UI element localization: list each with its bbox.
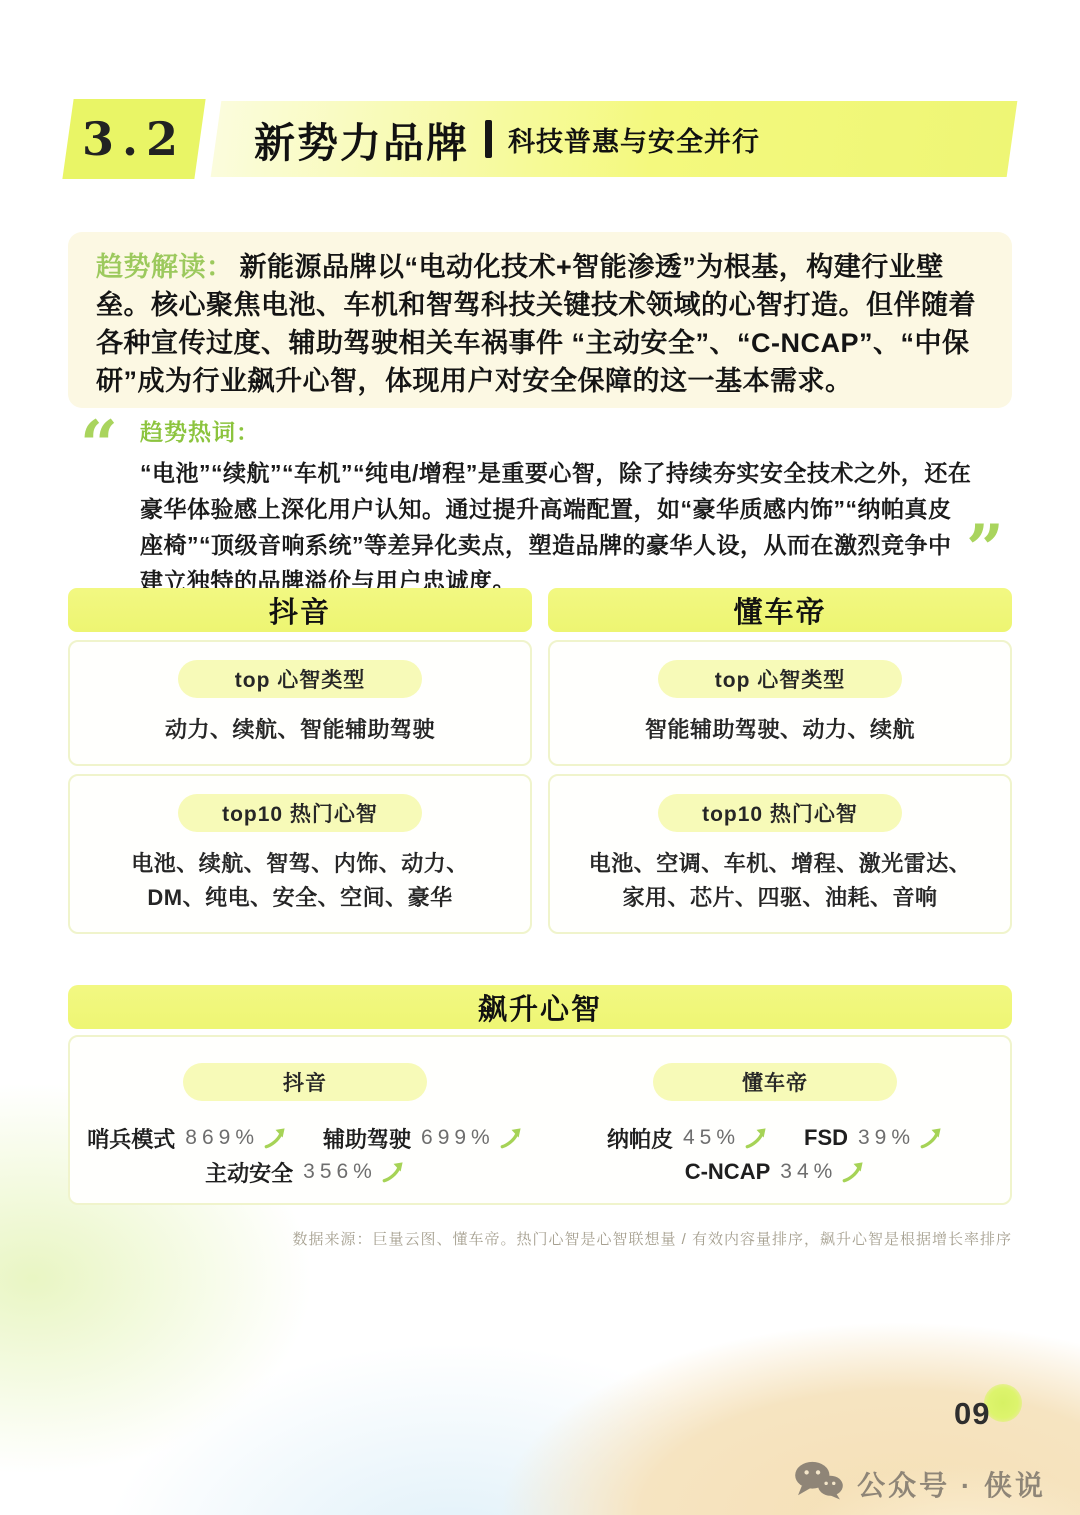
trend-up-icon: [499, 1126, 523, 1150]
page-subtitle: 科技普惠与安全并行: [508, 120, 760, 159]
wechat-watermark: 公众号 · 侠说: [794, 1460, 1046, 1507]
section-number-badge: 3.2: [62, 99, 205, 179]
stat-row: 主动安全 356%: [205, 1155, 405, 1189]
surge-douyin-pill: 抖音: [183, 1063, 427, 1101]
stat-fsd: FSD 39%: [804, 1125, 943, 1151]
top-mind-type-pill: top 心智类型: [178, 660, 422, 698]
trend-interpretation-box: 趋势解读：新能源品牌以“电动化技术+智能渗透”为根基，构建行业壁垒。核心聚焦电池…: [68, 232, 1012, 408]
section-title-strip: 新势力品牌 科技普惠与安全并行: [211, 101, 1018, 177]
page-title: 新势力品牌: [254, 110, 469, 169]
top10-hot-mind-pill: top10 热门心智: [658, 794, 902, 832]
surge-douyin-group: 抖音 哨兵模式 869% 辅助驾驶 699% 主动安全 356%: [70, 1063, 540, 1203]
stat-row: 纳帕皮 45% FSD 39%: [607, 1121, 943, 1155]
page-number-block: 09: [946, 1382, 1026, 1438]
stat-assisted-driving: 辅助驾驶 699%: [323, 1123, 523, 1154]
stat-c-ncap: C-NCAP 34%: [685, 1159, 866, 1185]
douyin-column: 抖音 top 心智类型 动力、续航、智能辅助驾驶 top10 热门心智 电池、续…: [68, 588, 532, 934]
stat-sentry-mode: 哨兵模式 869%: [87, 1123, 287, 1154]
trend-hotwords-body: “电池”“续航”“车机”“纯电/增程”是重要心智，除了持续夯实安全技术之外，还在…: [140, 455, 972, 599]
trend-up-icon: [919, 1126, 943, 1150]
douyin-top-mind-type-card: top 心智类型 动力、续航、智能辅助驾驶: [68, 640, 532, 766]
top-mind-type-text: 智能辅助驾驶、动力、续航: [645, 713, 915, 747]
dongchedi-column-title: 懂车帝: [548, 588, 1012, 632]
stat-row: 哨兵模式 869% 辅助驾驶 699%: [87, 1121, 522, 1155]
top10-hot-mind-text: 电池、续航、智驾、内饰、动力、DM、纯电、安全、空间、豪华: [107, 847, 493, 915]
data-source-note: 数据来源：巨量云图、懂车帝。热门心智是心智联想量 / 有效内容量排序，飙升心智是…: [68, 1228, 1012, 1249]
open-quote-icon: “: [80, 412, 118, 478]
top-mind-type-text: 动力、续航、智能辅助驾驶: [165, 713, 435, 747]
stat-row: C-NCAP 34%: [685, 1155, 866, 1189]
close-quote-icon: ”: [966, 516, 1004, 582]
trend-up-icon: [841, 1160, 865, 1184]
trend-up-icon: [263, 1126, 287, 1150]
trend-hotwords-label: 趋势热词：: [140, 414, 1012, 447]
wechat-icon: [794, 1460, 844, 1507]
dongchedi-top10-hot-mind-card: top10 热门心智 电池、空调、车机、增程、激光雷达、家用、芯片、四驱、油耗、…: [548, 774, 1012, 934]
trend-hotwords-block: “ 趋势热词： “电池”“续航”“车机”“纯电/增程”是重要心智，除了持续夯实安…: [68, 414, 1012, 586]
top10-hot-mind-text: 电池、空调、车机、增程、激光雷达、家用、芯片、四驱、油耗、音响: [587, 847, 973, 915]
dongchedi-top-mind-type-card: top 心智类型 智能辅助驾驶、动力、续航: [548, 640, 1012, 766]
watermark-text: 公众号 · 侠说: [857, 1464, 1046, 1504]
douyin-top10-hot-mind-card: top10 热门心智 电池、续航、智驾、内饰、动力、DM、纯电、安全、空间、豪华: [68, 774, 532, 934]
dongchedi-column: 懂车帝 top 心智类型 智能辅助驾驶、动力、续航 top10 热门心智 电池、…: [548, 588, 1012, 934]
trend-up-icon: [381, 1160, 405, 1184]
trend-interpretation-label: 趋势解读：: [96, 252, 234, 282]
trend-up-icon: [744, 1126, 768, 1150]
section-number: 3.2: [82, 112, 186, 166]
surge-mind-title: 飙升心智: [68, 985, 1012, 1029]
top10-hot-mind-pill: top10 热门心智: [178, 794, 422, 832]
surge-dongchedi-group: 懂车帝 纳帕皮 45% FSD 39% C-NCAP 34%: [540, 1063, 1010, 1203]
stat-active-safety: 主动安全 356%: [205, 1157, 405, 1188]
surge-mind-section: 飙升心智 抖音 哨兵模式 869% 辅助驾驶 699% 主动安全 356%: [68, 985, 1012, 1205]
platform-cards: 抖音 top 心智类型 动力、续航、智能辅助驾驶 top10 热门心智 电池、续…: [68, 588, 1012, 934]
page-number: 09: [954, 1396, 990, 1432]
surge-mind-body: 抖音 哨兵模式 869% 辅助驾驶 699% 主动安全 356%: [68, 1035, 1012, 1205]
stat-nappa-leather: 纳帕皮 45%: [607, 1123, 768, 1154]
top-mind-type-pill: top 心智类型: [658, 660, 902, 698]
title-divider: [485, 120, 492, 158]
surge-dongchedi-pill: 懂车帝: [653, 1063, 897, 1101]
douyin-column-title: 抖音: [68, 588, 532, 632]
